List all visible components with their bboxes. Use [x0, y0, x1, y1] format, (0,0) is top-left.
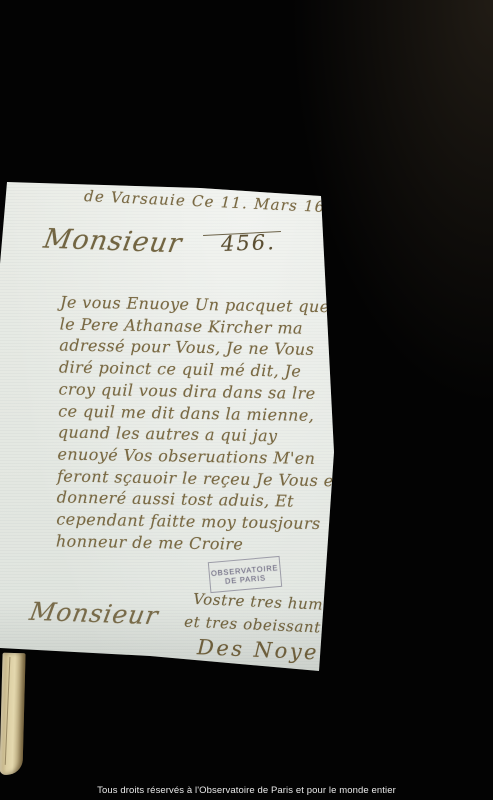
- book-edge-crease: [5, 657, 11, 765]
- salutation: Monsieur: [41, 224, 184, 260]
- signature: Des Noyers.: [196, 634, 378, 669]
- letter-body: Je vous Enuoye Un pacquet que le Pere At…: [56, 291, 351, 556]
- manuscript-line: honneur de me Croire: [56, 530, 346, 557]
- closing-salutation: Monsieur: [27, 597, 160, 630]
- observatory-stamp: OBSERVATOIRE DE PARIS: [208, 556, 282, 593]
- folio-number: 456.: [221, 230, 277, 256]
- book-page-edge: [0, 653, 26, 776]
- copyright-footer: Tous droits réservés à l'Observatoire de…: [0, 785, 493, 796]
- scan-viewer: de Varsauie Ce 11. Mars 1655 456. Monsie…: [0, 0, 493, 800]
- closing-block: Vostre tres humble et tres obeissant ser…: [190, 588, 380, 669]
